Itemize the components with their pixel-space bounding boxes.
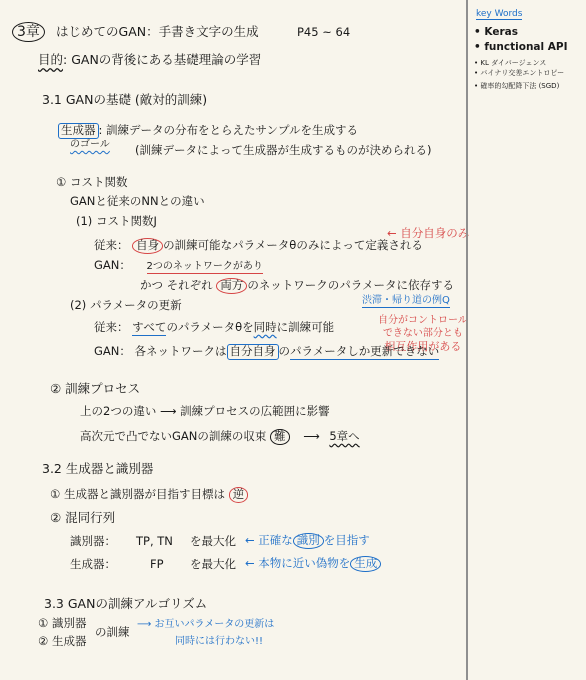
training-process-line1: 上の2つの違い ⟶ 訓練プロセスの広範囲に影響 xyxy=(80,406,330,418)
boxed-self: 自分自身 xyxy=(227,344,279,360)
gen-value: FP xyxy=(150,559,164,571)
training-process-heading: ② 訓練プロセス xyxy=(50,383,140,396)
gen-note: ← 本物に近い偽物を生成 xyxy=(245,556,381,572)
convergence-text: 高次元で凸でないGANの訓練の収束 xyxy=(80,429,266,443)
circled-opposite: 逆 xyxy=(229,487,249,503)
cost-function-intro: GANと従来のNNとの違い xyxy=(70,196,205,208)
all-params-text: すべて xyxy=(132,320,166,336)
keyword-item: • functional API xyxy=(474,42,568,53)
circled-both: 両方 xyxy=(216,278,247,294)
keyword-item: • KL ダイバージェンス xyxy=(474,60,546,67)
circled-difficult: 難 xyxy=(270,429,290,445)
disc-note-suffix: を目指す xyxy=(324,533,370,547)
generator-row: 生成器： xyxy=(70,559,116,571)
no-simultaneous-note-2: 同時には行わない!! xyxy=(175,637,263,647)
notes-page: 3章 はじめてのGAN：手書き文字の生成 P45 ~ 64 目的: GANの背後… xyxy=(0,0,467,680)
gen-label: 生成器： xyxy=(70,557,116,571)
confusion-matrix-heading: ② 混同行列 xyxy=(50,512,115,525)
cost-function-heading: ① コスト関数 xyxy=(56,177,127,189)
training-suffix: の訓練 xyxy=(95,627,130,639)
disc-note: ← 正確な識別を目指す xyxy=(245,533,370,549)
cost-j-heading: (1) コスト関数J xyxy=(76,216,157,228)
chapter-title: はじめてのGAN：手書き文字の生成 xyxy=(56,24,259,39)
chapter-badge: 3章 xyxy=(12,22,45,42)
disc-action: を最大化 xyxy=(190,536,236,548)
train-gen-item: ② 生成器 xyxy=(38,636,86,648)
generator-goal-row: 生成器: 訓練データの分布をとらえたサンプルを生成する xyxy=(58,123,358,139)
upd-gan-label: GAN： xyxy=(94,344,131,358)
keyword-item: • 確率的勾配降下法 (SGD) xyxy=(474,83,559,90)
disc-value: TP, TN xyxy=(136,536,173,548)
upd-suffix: に訓練可能 xyxy=(277,320,335,334)
traffic-example-note: 渋滞・帰り道の例Q xyxy=(362,296,450,308)
gan-line2-suffix: のネットワークのパラメータに依存する xyxy=(247,278,454,292)
keywords-title: key Words xyxy=(476,10,522,20)
circled-self: 自身 xyxy=(132,238,163,254)
two-networks-text: 2つのネットワークがあり xyxy=(147,261,263,274)
gan-cost-row: GAN： 2つのネットワークがあり xyxy=(94,260,263,272)
no-simultaneous-note-1: ⟶ お互いパラメータの更新は xyxy=(137,620,274,630)
conventional-label: 従来： xyxy=(94,238,129,252)
conventional-cost-row: 従来： 自身の訓練可能なパラメータθのみによって定義される xyxy=(94,238,423,254)
section-3-2-heading: 3.2 生成器と識別器 xyxy=(42,463,153,476)
purpose-label: 目的 xyxy=(38,52,63,67)
gan-line2-prefix: かつ それぞれ xyxy=(140,278,213,292)
section-3-1-heading: 3.1 GANの基礎 (敵対的訓練) xyxy=(42,94,207,107)
simultaneous-text: 同時 xyxy=(254,320,277,334)
keywords-sidebar: key Words • Keras • functional API • KL … xyxy=(470,0,586,680)
upd-conventional-label: 従来： xyxy=(94,320,129,334)
self-only-note: ← 自分自身のみ xyxy=(387,228,469,240)
keyword-item: • バイナリ交差エントロピー xyxy=(474,70,564,77)
generator-goal-text: : 訓練データの分布をとらえたサンプルを生成する xyxy=(99,123,359,137)
param-update-heading: (2) パラメータの更新 xyxy=(70,300,182,312)
column-divider xyxy=(466,0,468,680)
page-range: P45 ~ 64 xyxy=(297,27,350,39)
interaction-note-line1: 自分がコントロール xyxy=(378,315,468,328)
upd-gan-mid: の xyxy=(279,344,291,358)
section-3-3-heading: 3.3 GANの訓練アルゴリズム xyxy=(44,598,207,611)
only-own-params-text: パラメータしか更新できない xyxy=(290,344,439,360)
chapter-title-row: 3章 はじめてのGAN：手書き文字の生成 xyxy=(12,22,259,42)
upd-gan-prefix: 各ネットワークは xyxy=(135,344,227,358)
gan-label: GAN： xyxy=(94,258,131,272)
disc-label: 識別器： xyxy=(70,534,116,548)
circled-generate: 生成 xyxy=(350,556,381,572)
purpose-row: 目的: GANの背後にある基礎理論の学習 xyxy=(38,54,261,67)
generator-goal-label: 生成器 xyxy=(58,123,99,139)
train-disc-item: ① 識別器 xyxy=(38,618,86,630)
training-process-line2: 高次元で凸でないGANの訓練の収束 難 ⟶ 5章へ xyxy=(80,429,360,445)
gan-update-row: GAN： 各ネットワークは自分自身のパラメータしか更新できない xyxy=(94,344,439,360)
gen-action: を最大化 xyxy=(190,559,236,571)
opposite-goals-row: ① 生成器と識別器が目指す目標は 逆 xyxy=(50,487,248,503)
generator-goal-note: (訓練データによって生成器が生成するものが決められる) xyxy=(135,145,431,157)
keyword-item: • Keras xyxy=(474,27,518,38)
conventional-update-row: 従来： すべてのパラメータθを同時に訓練可能 xyxy=(94,322,334,334)
conventional-cost-text: の訓練可能なパラメータθのみによって定義される xyxy=(163,238,423,252)
opposite-goals-text: ① 生成器と識別器が目指す目標は xyxy=(50,487,225,501)
upd-mid: のパラメータθを xyxy=(166,320,253,334)
arrow-icon: ⟶ xyxy=(303,429,320,443)
circled-discrimination: 識別 xyxy=(293,533,324,549)
disc-note-prefix: ← 正確な xyxy=(245,533,293,547)
gen-note-prefix: ← 本物に近い偽物を xyxy=(245,556,350,570)
chapter5-ref: 5章へ xyxy=(329,429,359,443)
purpose-text: : GANの背後にある基礎理論の学習 xyxy=(63,52,261,67)
generator-goal-sub: のゴール xyxy=(70,140,110,150)
discriminator-row: 識別器： xyxy=(70,536,116,548)
gan-cost-row-2: かつ それぞれ 両方のネットワークのパラメータに依存する xyxy=(140,278,454,294)
interaction-note-line2: できない部分とも xyxy=(378,328,468,341)
